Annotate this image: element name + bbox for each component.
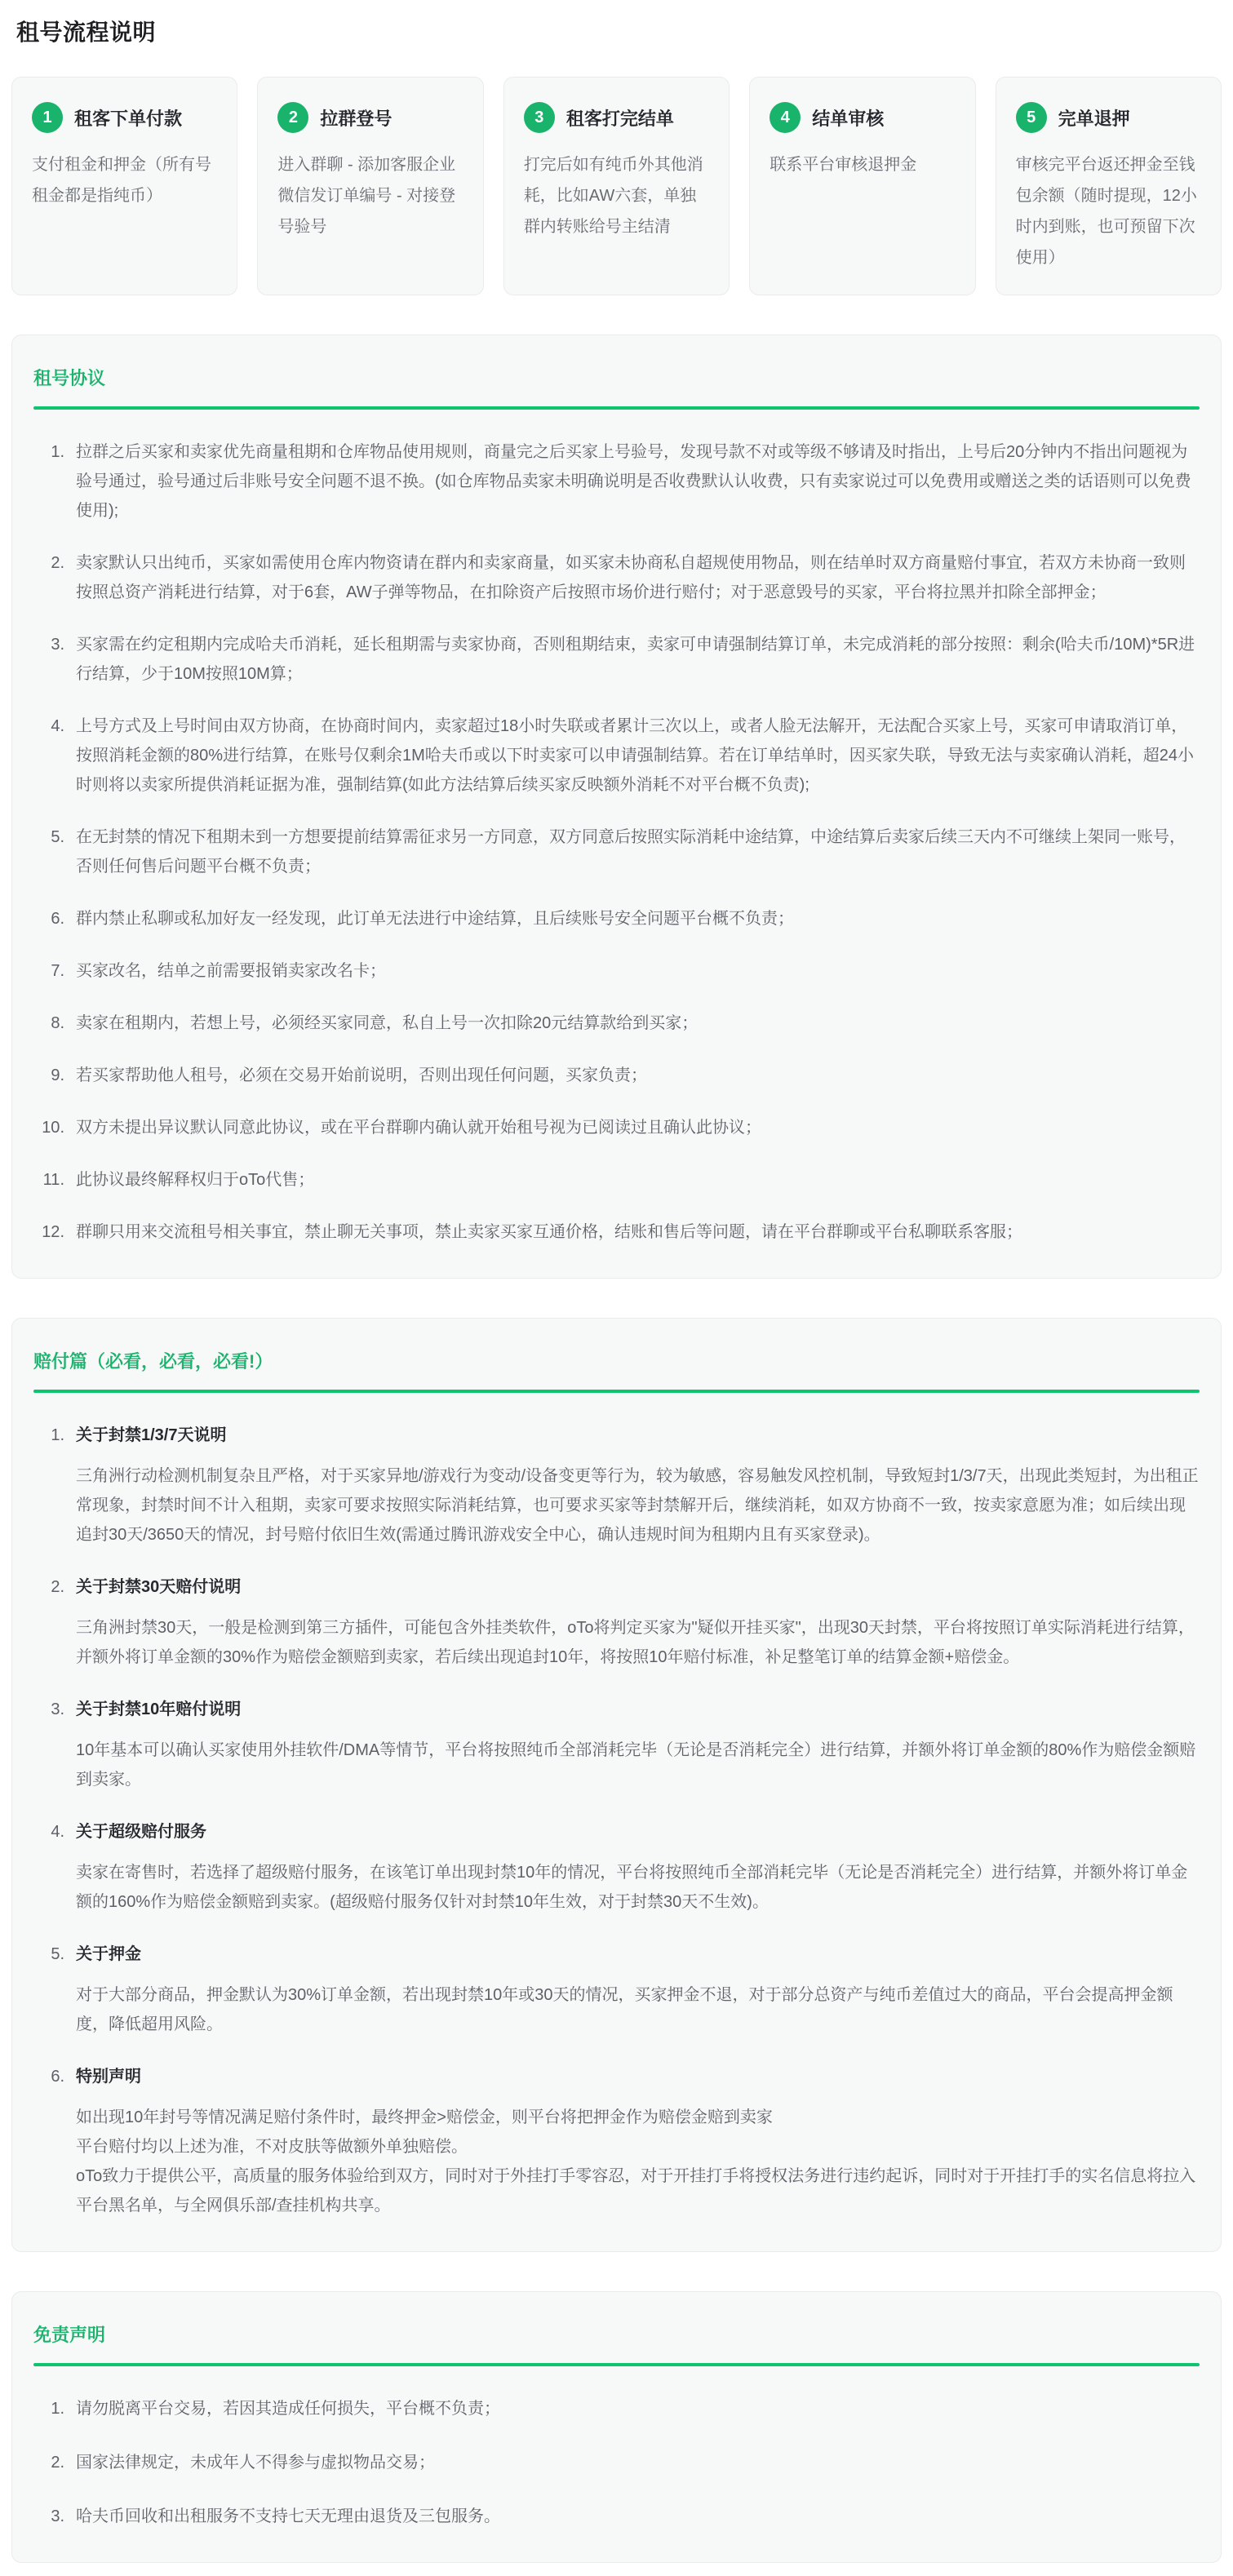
compensation-item-title: 关于封禁10年赔付说明 bbox=[76, 1695, 1200, 1724]
disclaimer-item: 国家法律规定，未成年人不得参与虚拟物品交易； bbox=[33, 2448, 1200, 2477]
compensation-item-body: 三角洲封禁30天，一般是检测到第三方插件，可能包含外挂类软件，oTo将判定买家为… bbox=[76, 1613, 1200, 1672]
step-card-header: 4 结单审核 bbox=[770, 102, 955, 133]
compensation-item-body: 对于大部分商品，押金默认为30%订单金额，若出现封禁10年或30天的情况，买家押… bbox=[76, 1980, 1200, 2039]
process-steps: 1 租客下单付款 支付租金和押金（所有号租金都是指纯币） 2 拉群登号 进入群聊… bbox=[11, 77, 1222, 295]
compensation-heading: 赔付篇（必看，必看，必看!） bbox=[33, 1348, 1200, 1373]
compensation-item: 特别声明 如出现10年封号等情况满足赔付条件时，最终押金>赔偿金，则平台将把押金… bbox=[33, 2062, 1200, 2220]
step-number-badge: 4 bbox=[770, 102, 801, 133]
page-title: 租号流程说明 bbox=[16, 15, 1222, 47]
compensation-item: 关于超级赔付服务 卖家在寄售时，若选择了超级赔付服务，在该笔订单出现封禁10年的… bbox=[33, 1817, 1200, 1917]
disclaimer-item: 请勿脱离平台交易，若因其造成任何损失，平台概不负责； bbox=[33, 2394, 1200, 2423]
step-card-header: 1 租客下单付款 bbox=[32, 102, 217, 133]
section-divider bbox=[33, 406, 1200, 410]
step-card: 1 租客下单付款 支付租金和押金（所有号租金都是指纯币） bbox=[11, 77, 237, 295]
agreement-item: 群内禁止私聊或私加好友一经发现，此订单无法进行中途结算，且后续账号安全问题平台概… bbox=[33, 904, 1200, 933]
step-title: 完单退押 bbox=[1058, 105, 1130, 131]
agreement-item: 若买家帮助他人租号，必须在交易开始前说明，否则出现任何问题，买家负责； bbox=[33, 1061, 1200, 1090]
agreement-item: 买家需在约定租期内完成哈夫币消耗，延长租期需与卖家协商，否则租期结束，卖家可申请… bbox=[33, 630, 1200, 689]
compensation-item-paragraph: 平台赔付均以上述为准，不对皮肤等做额外单独赔偿。 bbox=[76, 2132, 1200, 2161]
step-number-badge: 2 bbox=[277, 102, 308, 133]
compensation-item-paragraph: 卖家在寄售时，若选择了超级赔付服务，在该笔订单出现封禁10年的情况，平台将按照纯… bbox=[76, 1858, 1200, 1917]
step-description: 进入群聊 - 添加客服企业微信发订单编号 - 对接登号验号 bbox=[277, 149, 463, 242]
compensation-item-body: 卖家在寄售时，若选择了超级赔付服务，在该笔订单出现封禁10年的情况，平台将按照纯… bbox=[76, 1858, 1200, 1917]
step-description: 审核完平台返还押金至钱包余额（随时提现，12小时内到账，也可预留下次使用） bbox=[1016, 149, 1201, 273]
step-title: 结单审核 bbox=[812, 105, 884, 131]
step-card: 3 租客打完结单 打完后如有纯币外其他消耗，比如AW六套，单独群内转账给号主结清 bbox=[503, 77, 730, 295]
agreement-item: 卖家默认只出纯币，买家如需使用仓库内物资请在群内和卖家商量，如买家未协商私自超规… bbox=[33, 548, 1200, 607]
compensation-item-body: 10年基本可以确认买家使用外挂软件/DMA等情节，平台将按照纯币全部消耗完毕（无… bbox=[76, 1736, 1200, 1794]
compensation-item-body: 如出现10年封号等情况满足赔付条件时，最终押金>赔偿金，则平台将把押金作为赔偿金… bbox=[76, 2103, 1200, 2220]
disclaimer-section: 免责声明 请勿脱离平台交易，若因其造成任何损失，平台概不负责； 国家法律规定，未… bbox=[11, 2291, 1222, 2563]
step-card-header: 3 租客打完结单 bbox=[524, 102, 709, 133]
agreement-item: 买家改名，结单之前需要报销卖家改名卡； bbox=[33, 956, 1200, 986]
step-title: 租客打完结单 bbox=[566, 105, 674, 131]
compensation-section: 赔付篇（必看，必看，必看!） 关于封禁1/3/7天说明 三角洲行动检测机制复杂且… bbox=[11, 1318, 1222, 2252]
compensation-item-paragraph: 如出现10年封号等情况满足赔付条件时，最终押金>赔偿金，则平台将把押金作为赔偿金… bbox=[76, 2103, 1200, 2132]
step-number-badge: 5 bbox=[1016, 102, 1047, 133]
step-card: 5 完单退押 审核完平台返还押金至钱包余额（随时提现，12小时内到账，也可预留下… bbox=[996, 77, 1222, 295]
compensation-item: 关于押金 对于大部分商品，押金默认为30%订单金额，若出现封禁10年或30天的情… bbox=[33, 1940, 1200, 2039]
step-description: 联系平台审核退押金 bbox=[770, 149, 955, 180]
compensation-list: 关于封禁1/3/7天说明 三角洲行动检测机制复杂且严格，对于买家异地/游戏行为变… bbox=[33, 1421, 1200, 2220]
compensation-item-title: 关于押金 bbox=[76, 1940, 1200, 1969]
disclaimer-list: 请勿脱离平台交易，若因其造成任何损失，平台概不负责； 国家法律规定，未成年人不得… bbox=[33, 2394, 1200, 2531]
compensation-item-title: 特别声明 bbox=[76, 2062, 1200, 2091]
compensation-item-paragraph: oTo致力于提供公平，高质量的服务体验给到双方，同时对于外挂打手零容忍，对于开挂… bbox=[76, 2161, 1200, 2220]
agreement-item: 双方未提出异议默认同意此协议，或在平台群聊内确认就开始租号视为已阅读过且确认此协… bbox=[33, 1113, 1200, 1142]
compensation-item-paragraph: 三角洲封禁30天，一般是检测到第三方插件，可能包含外挂类软件，oTo将判定买家为… bbox=[76, 1613, 1200, 1672]
step-description: 支付租金和押金（所有号租金都是指纯币） bbox=[32, 149, 217, 211]
step-number-badge: 1 bbox=[32, 102, 63, 133]
compensation-item: 关于封禁1/3/7天说明 三角洲行动检测机制复杂且严格，对于买家异地/游戏行为变… bbox=[33, 1421, 1200, 1550]
agreement-list: 拉群之后买家和卖家优先商量租期和仓库物品使用规则，商量完之后买家上号验号，发现号… bbox=[33, 437, 1200, 1247]
agreement-item: 此协议最终解释权归于oTo代售； bbox=[33, 1165, 1200, 1195]
step-description: 打完后如有纯币外其他消耗，比如AW六套，单独群内转账给号主结清 bbox=[524, 149, 709, 242]
compensation-item-title: 关于超级赔付服务 bbox=[76, 1817, 1200, 1847]
agreement-item: 卖家在租期内，若想上号，必须经买家同意，私自上号一次扣除20元结算款给到买家； bbox=[33, 1009, 1200, 1038]
compensation-item-paragraph: 对于大部分商品，押金默认为30%订单金额，若出现封禁10年或30天的情况，买家押… bbox=[76, 1980, 1200, 2039]
step-title: 拉群登号 bbox=[320, 105, 392, 131]
agreement-item: 上号方式及上号时间由双方协商，在协商时间内，卖家超过18小时失联或者累计三次以上… bbox=[33, 712, 1200, 800]
step-number-badge: 3 bbox=[524, 102, 555, 133]
compensation-item-paragraph: 三角洲行动检测机制复杂且严格，对于买家异地/游戏行为变动/设备变更等行为，较为敏… bbox=[76, 1461, 1200, 1550]
section-divider bbox=[33, 2363, 1200, 2366]
step-card-header: 2 拉群登号 bbox=[277, 102, 463, 133]
agreement-heading: 租号协议 bbox=[33, 365, 1200, 390]
agreement-section: 租号协议 拉群之后买家和卖家优先商量租期和仓库物品使用规则，商量完之后买家上号验… bbox=[11, 335, 1222, 1279]
section-divider bbox=[33, 1390, 1200, 1393]
step-card: 2 拉群登号 进入群聊 - 添加客服企业微信发订单编号 - 对接登号验号 bbox=[257, 77, 483, 295]
compensation-item-title: 关于封禁30天赔付说明 bbox=[76, 1572, 1200, 1602]
agreement-item: 拉群之后买家和卖家优先商量租期和仓库物品使用规则，商量完之后买家上号验号，发现号… bbox=[33, 437, 1200, 525]
compensation-item-paragraph: 10年基本可以确认买家使用外挂软件/DMA等情节，平台将按照纯币全部消耗完毕（无… bbox=[76, 1736, 1200, 1794]
rental-process-page: 租号流程说明 1 租客下单付款 支付租金和押金（所有号租金都是指纯币） 2 拉群… bbox=[11, 15, 1222, 2563]
step-card: 4 结单审核 联系平台审核退押金 bbox=[749, 77, 975, 295]
compensation-item: 关于封禁10年赔付说明 10年基本可以确认买家使用外挂软件/DMA等情节，平台将… bbox=[33, 1695, 1200, 1794]
disclaimer-item: 哈夫币回收和出租服务不支持七天无理由退货及三包服务。 bbox=[33, 2502, 1200, 2531]
agreement-item: 群聊只用来交流租号相关事宜，禁止聊无关事项，禁止卖家买家互通价格，结账和售后等问… bbox=[33, 1217, 1200, 1247]
compensation-item-body: 三角洲行动检测机制复杂且严格，对于买家异地/游戏行为变动/设备变更等行为，较为敏… bbox=[76, 1461, 1200, 1550]
agreement-item: 在无封禁的情况下租期未到一方想要提前结算需征求另一方同意，双方同意后按照实际消耗… bbox=[33, 822, 1200, 881]
step-title: 租客下单付款 bbox=[74, 105, 182, 131]
compensation-item: 关于封禁30天赔付说明 三角洲封禁30天，一般是检测到第三方插件，可能包含外挂类… bbox=[33, 1572, 1200, 1672]
disclaimer-heading: 免责声明 bbox=[33, 2321, 1200, 2347]
step-card-header: 5 完单退押 bbox=[1016, 102, 1201, 133]
compensation-item-title: 关于封禁1/3/7天说明 bbox=[76, 1421, 1200, 1450]
